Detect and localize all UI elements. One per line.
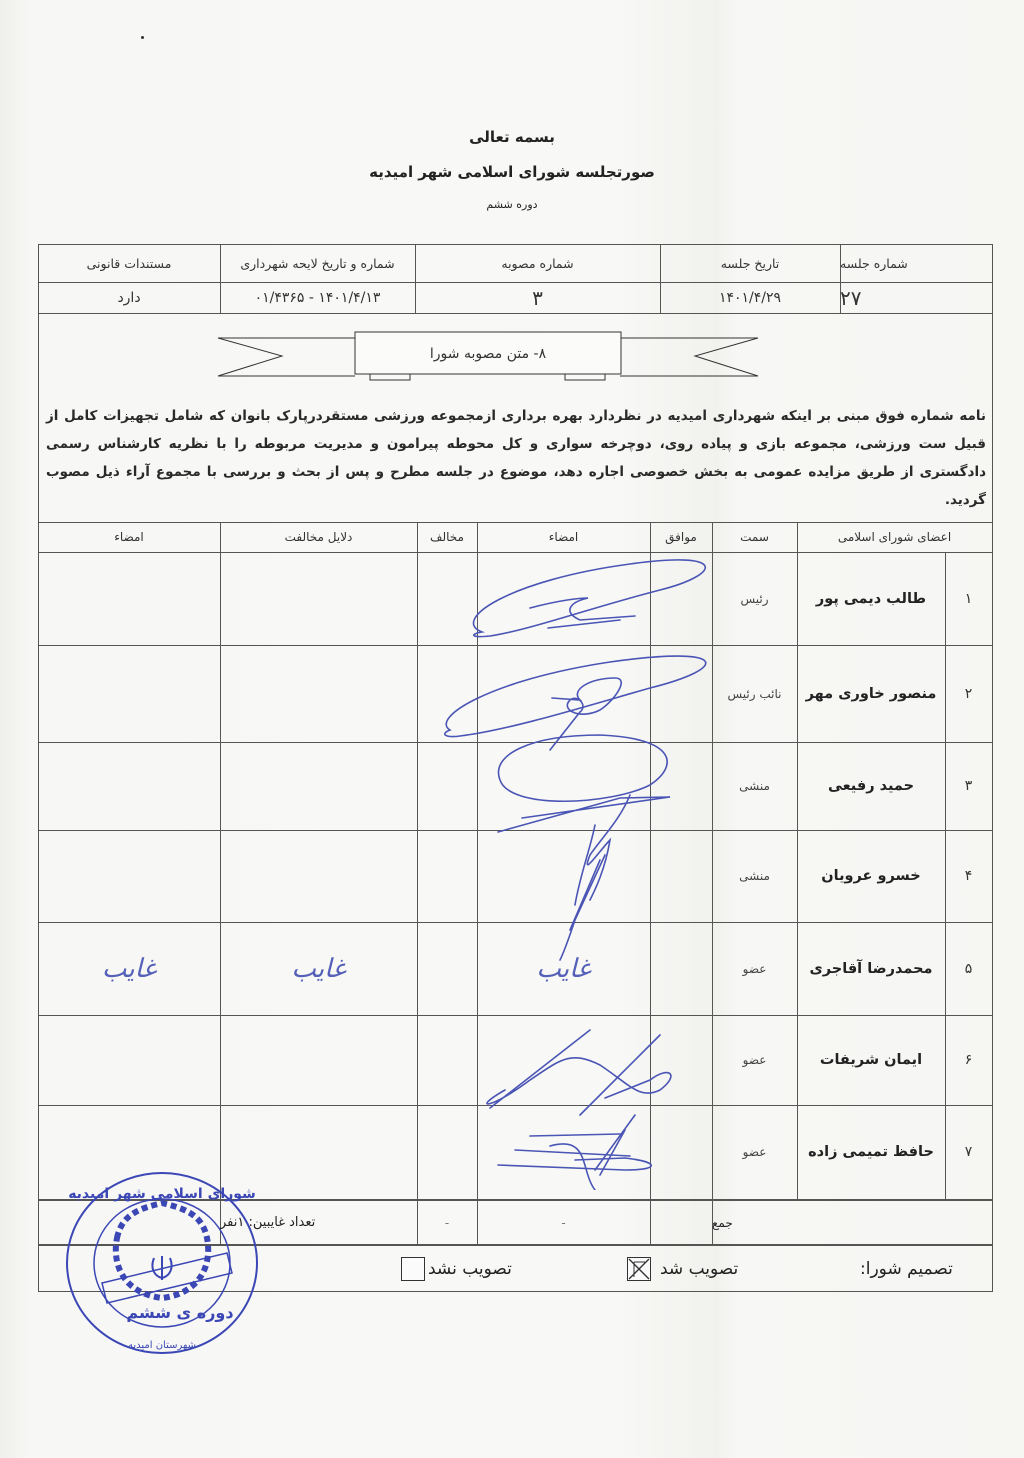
absent-mark-signature-2: غایب <box>38 922 220 1015</box>
member-role: عضو <box>712 1015 797 1105</box>
col-header-role: سمت <box>712 522 797 552</box>
col-header-signature-2: امضاء <box>38 522 220 552</box>
col-header-disagree: مخالف <box>417 522 477 552</box>
municipality-bill-value: ۱۴۰۱/۴/۱۳ - ۰۱/۴۳۶۵ <box>220 282 415 313</box>
approved-label: تصویب شد <box>660 1246 760 1291</box>
total-label: جمع <box>712 1201 992 1244</box>
member-name: طالب دیمی پور <box>797 552 945 645</box>
member-role: عضو <box>712 1105 797 1199</box>
row-index: ۵ <box>945 922 992 1015</box>
rejected-checkbox[interactable] <box>401 1257 425 1281</box>
member-name: محمدرضا آقاجری <box>797 922 945 1015</box>
absent-mark-reasons: غایب <box>220 922 417 1015</box>
scanned-document-page: بسمه تعالی صورتجلسه شورای اسلامی شهر امی… <box>0 0 1024 1458</box>
approved-checkbox[interactable] <box>627 1257 651 1281</box>
member-role: منشی <box>712 830 797 922</box>
col-header-reasons: دلایل مخالفت <box>220 522 417 552</box>
header-session-date: تاریخ جلسه <box>660 244 840 282</box>
member-name: منصور خاوری مهر <box>797 645 945 742</box>
row-index: ۲ <box>945 645 992 742</box>
session-date-value: ۱۴۰۱/۴/۲۹ <box>660 282 840 313</box>
col-header-signature: امضاء <box>477 522 650 552</box>
resolution-number-value: ۳ <box>415 282 660 313</box>
member-role: نائب رئیس <box>712 645 797 742</box>
col-header-member: اعضای شورای اسلامی <box>797 522 992 552</box>
frame-right-border <box>992 313 993 523</box>
x-check-icon <box>628 1258 650 1280</box>
header-legal-documents: مستندات قانونی <box>38 244 220 282</box>
header-session-number: شماره جلسه <box>840 244 992 282</box>
row-index: ۶ <box>945 1015 992 1105</box>
stray-mark <box>141 36 144 39</box>
member-role: رئیس <box>712 552 797 645</box>
row-index: ۴ <box>945 830 992 922</box>
col-header-agree: موافق <box>650 522 712 552</box>
stamp-bottom-text: شهرستان امیدیه <box>128 1340 196 1351</box>
council-term: دوره ششم <box>0 198 1024 211</box>
basmala-heading: بسمه تعالی <box>0 128 1024 146</box>
header-municipality-bill: شماره و تاریخ لایحه شهرداری <box>220 244 415 282</box>
row-index: ۷ <box>945 1105 992 1199</box>
stamp-outer-text: شورای اسلامی شهر امیدیه <box>68 1186 256 1202</box>
absent-mark-signature: غایب <box>477 922 650 1015</box>
session-number-value: ۲۷ <box>840 282 992 313</box>
frame-left-border <box>38 313 39 523</box>
resolution-banner-title: ۸- متن مصوبه شورا <box>355 334 621 374</box>
total-signature: - <box>477 1201 650 1244</box>
member-role: عضو <box>712 922 797 1015</box>
member-name: خسرو عرویان <box>797 830 945 922</box>
resolution-text: نامه شماره فوق مبنی بر اینکه شهرداری امی… <box>46 402 986 514</box>
rejected-label: تصویب نشد <box>428 1246 533 1291</box>
member-name: حمید رفیعی <box>797 742 945 830</box>
member-name: ایمان شریفات <box>797 1015 945 1105</box>
document-title: صورتجلسه شورای اسلامی شهر امیدیه <box>0 163 1024 181</box>
decision-label: تصمیم شورا: <box>860 1246 988 1291</box>
header-resolution-number: شماره مصوبه <box>415 244 660 282</box>
member-name: حافظ تمیمی زاده <box>797 1105 945 1199</box>
stamp-inner-text: دوره ی ششم <box>126 1303 233 1322</box>
member-signatures <box>430 550 730 1190</box>
council-stamp-icon: شورای اسلامی شهر امیدیه دوره ی ششم شهرست… <box>62 1168 262 1358</box>
total-disagree: - <box>417 1201 477 1244</box>
row-index: ۱ <box>945 552 992 645</box>
row-index: ۳ <box>945 742 992 830</box>
legal-documents-value: دارد <box>38 282 220 313</box>
member-role: منشی <box>712 742 797 830</box>
